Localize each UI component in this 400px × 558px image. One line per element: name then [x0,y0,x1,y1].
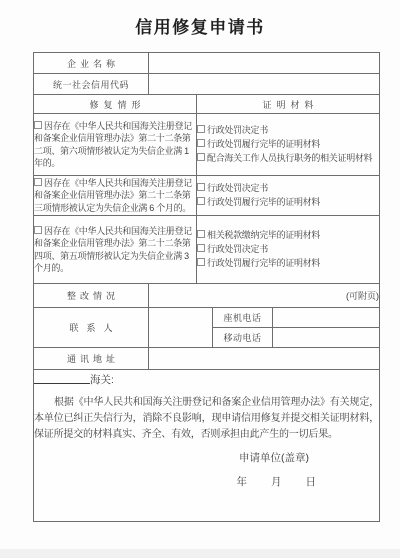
evidence-item: 行政处罚决定书 [197,124,379,137]
evidence-item-text: 行政处罚决定书 [207,183,268,193]
credit-code-input[interactable] [149,74,380,95]
evidence-item-text: 行政处罚履行完毕的证明材料 [207,139,320,149]
credit-code-label-cell: 统一社会信用代码 [34,74,149,95]
scenario-2-situation-text: 因存在《中华人民共和国海关注册登记和备案企业信用管理办法》第二十二条第三项情形被… [34,178,192,213]
scenario-2-evidence-cell: 行政处罚决定书 行政处罚履行完毕的证明材料 [197,176,380,216]
company-name-label: 企业名称 [67,59,119,69]
company-name-input[interactable] [149,53,380,74]
evidence-item-text: 配合海关工作人员执行职务的相关证明材料 [207,153,372,163]
salutation-line: 海关: [34,372,379,387]
address-input[interactable] [149,348,380,370]
scenario-1-situation-text: 因存在《中华人民共和国海关注册登记和备案企业信用管理办法》第二十二条第二项、第六… [34,121,192,169]
page-title: 信用修复申请书 [0,13,400,38]
checkbox-icon[interactable] [34,226,42,234]
credit-code-label: 统一社会信用代码 [53,80,129,90]
checkbox-icon[interactable] [197,258,205,266]
evidence-column-header: 证明材料 [197,95,380,114]
scenario-2-situation-cell: 因存在《中华人民共和国海关注册登记和备案企业信用管理办法》第二十二条第三项情形被… [34,176,197,216]
checkbox-icon[interactable] [34,121,42,129]
scenario-3-situation-cell: 因存在《中华人民共和国海关注册登记和备案企业信用管理办法》第二十二条第四项、第五… [34,216,197,284]
checkbox-icon[interactable] [197,244,205,252]
date-line: 年 月 日 [34,474,379,489]
scenario-3-evidence-cell: 相关税款缴纳完毕的证明材料 行政处罚决定书 行政处罚履行完毕的证明材料 [197,216,380,284]
evidence-item: 配合海关工作人员执行职务的相关证明材料 [197,152,379,165]
scenario-1-situation-cell: 因存在《中华人民共和国海关注册登记和备案企业信用管理办法》第二十二条第二项、第六… [34,114,197,176]
application-form-table: 企业名称 统一社会信用代码 修复情形 证明材料 因存在《中华人民共和国海关注册登… [33,52,380,522]
evidence-item-text: 行政处罚履行完毕的证明材料 [207,197,320,207]
checkbox-icon[interactable] [197,125,205,133]
rectification-input[interactable]: (可附页) [149,284,380,308]
contact-name-input[interactable] [149,308,213,348]
landline-label: 座机电话 [223,313,261,323]
checkbox-icon[interactable] [197,153,205,161]
situation-header-label: 修复情形 [89,100,145,110]
attach-page-note: (可附页) [346,291,379,301]
address-label: 通讯地址 [67,354,119,364]
landline-label-cell: 座机电话 [213,308,273,328]
salutation-text: 海关: [90,374,114,386]
situation-column-header: 修复情形 [34,95,197,114]
address-label-cell: 通讯地址 [34,348,149,370]
evidence-header-label: 证明材料 [262,100,318,110]
evidence-item: 行政处罚履行完毕的证明材料 [197,196,379,209]
evidence-item: 行政处罚履行完毕的证明材料 [197,257,379,270]
applicant-seal-line: 申请单位(盖章) [34,450,379,465]
landline-input[interactable] [273,308,380,328]
company-name-label-cell: 企业名称 [34,53,149,74]
evidence-item-text: 行政处罚决定书 [207,125,268,135]
checkbox-icon[interactable] [197,230,205,238]
scenario-3-situation-text: 因存在《中华人民共和国海关注册登记和备案企业信用管理办法》第二十二条第四项、第五… [34,226,192,274]
mobile-label: 移动电话 [223,333,261,343]
evidence-item: 行政处罚履行完毕的证明材料 [197,138,379,151]
checkbox-icon[interactable] [197,183,205,191]
bottom-background-band [0,549,400,558]
statement-body: 根据《中华人民共和国海关注册登记和备案企业信用管理办法》有关规定，本单位已纠正失… [34,395,379,443]
mobile-input[interactable] [273,328,380,348]
evidence-item: 相关税款缴纳完毕的证明材料 [197,229,379,242]
evidence-item-text: 相关税款缴纳完毕的证明材料 [207,230,320,240]
evidence-item-text: 行政处罚决定书 [207,244,268,254]
contact-label: 联系人 [69,323,120,333]
rectification-label-cell: 整改情况 [34,284,149,308]
rectification-label: 整改情况 [67,291,119,301]
evidence-item: 行政处罚决定书 [197,182,379,195]
evidence-item-text: 行政处罚履行完毕的证明材料 [207,258,320,268]
mobile-label-cell: 移动电话 [213,328,273,348]
scenario-1-evidence-cell: 行政处罚决定书 行政处罚履行完毕的证明材料 配合海关工作人员执行职务的相关证明材… [197,114,380,176]
customs-name-blank-field[interactable] [34,373,90,384]
checkbox-icon[interactable] [197,139,205,147]
evidence-item: 行政处罚决定书 [197,243,379,256]
checkbox-icon[interactable] [34,178,42,186]
checkbox-icon[interactable] [197,197,205,205]
contact-label-cell: 联系人 [34,308,149,348]
statement-cell: 海关: 根据《中华人民共和国海关注册登记和备案企业信用管理办法》有关规定，本单位… [34,370,380,522]
